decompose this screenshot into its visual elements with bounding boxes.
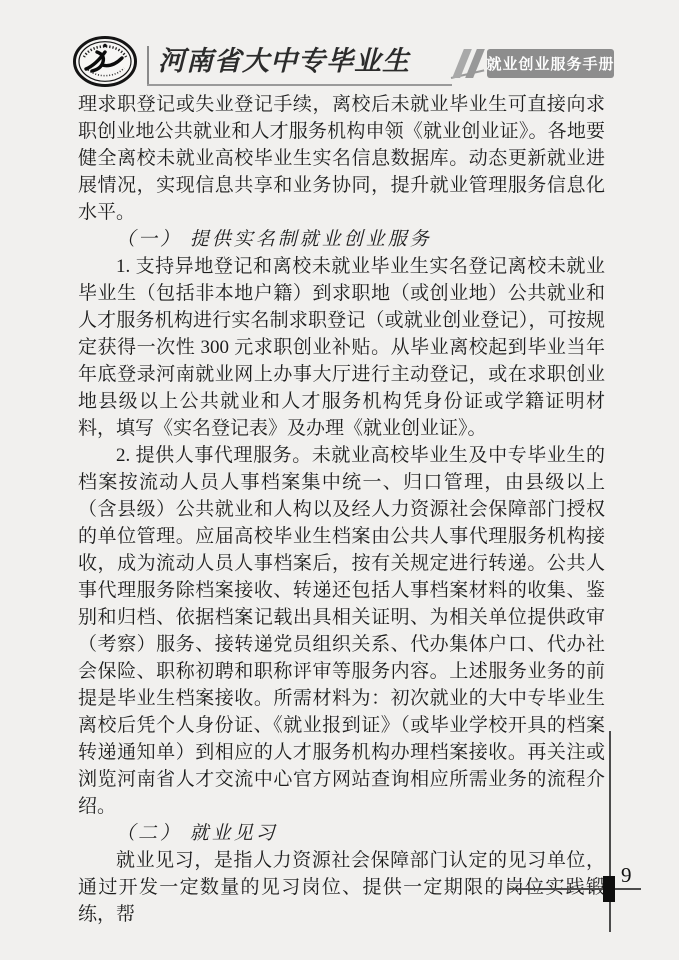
paragraph-continuation: 理求职登记或失业登记手续，离校后未就业毕业生可直接向求职创业地公共就业和人才服务… <box>78 91 605 226</box>
seal-logo <box>72 35 138 88</box>
page-header: 河南省大中专毕业生 就业创业服务手册 <box>0 0 679 90</box>
folio-marker <box>603 876 615 902</box>
section-heading-2: （二） 就业见习 <box>78 820 605 847</box>
paragraph-item-1: 1. 支持异地登记和离校未就业毕业生实名登记离校未就业毕业生（包括非本地户籍）到… <box>78 253 605 442</box>
brand-divider <box>147 46 149 84</box>
header-rule <box>147 84 452 86</box>
seal-dot <box>103 44 106 47</box>
body-text: 理求职登记或失业登记手续，离校后未就业毕业生可直接向求职创业地公共就业和人才服务… <box>78 91 605 928</box>
banner-label: 就业创业服务手册 <box>487 53 615 74</box>
folio-horizontal-rule <box>508 888 641 890</box>
banner: 就业创业服务手册 <box>487 49 614 78</box>
scanned-manual-page: { "header": { "brand_title": "河南省大中专毕业生"… <box>0 0 679 960</box>
section-heading-1: （一） 提供实名制就业创业服务 <box>78 226 605 253</box>
brand-title: 河南省大中专毕业生 <box>158 42 458 82</box>
page-number: 9 <box>621 863 632 888</box>
paragraph-item-2: 2. 提供人事代理服务。未就业高校毕业生及中专毕业生的档案按流动人员人事档案集中… <box>78 442 605 820</box>
